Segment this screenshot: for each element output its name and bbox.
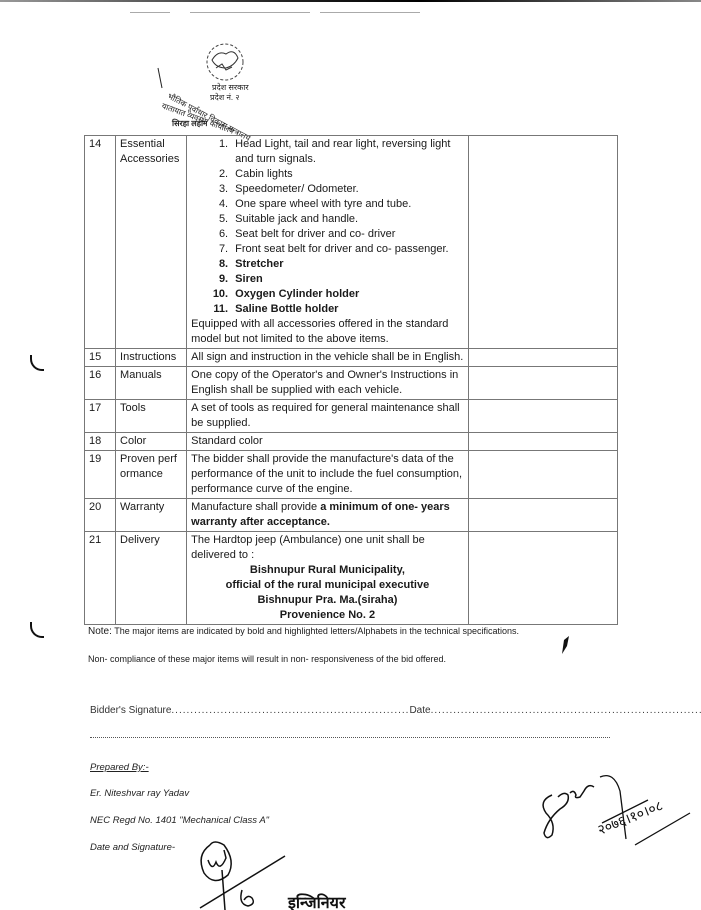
compliance-cell xyxy=(468,451,617,499)
accessory-item: Head Light, tail and rear light, reversi… xyxy=(231,137,464,167)
delivery-address-line: official of the rural municipal executiv… xyxy=(191,578,464,593)
delivery-address-line: Bishnupur Pra. Ma.(siraha) xyxy=(191,593,464,608)
note-line: Note: The major items are indicated by b… xyxy=(88,626,519,637)
table-row: 14 Essential Accessories Head Light, tai… xyxy=(85,136,618,349)
note-label: Note: xyxy=(88,626,112,637)
scan-artifact xyxy=(320,12,420,13)
bidder-signature-line: Bidder's Signature......................… xyxy=(90,705,701,716)
table-row: 16 Manuals One copy of the Operator's an… xyxy=(85,367,618,400)
compliance-cell xyxy=(468,499,617,532)
compliance-cell xyxy=(468,136,617,349)
row-number: 15 xyxy=(85,349,116,367)
table-row: 18 Color Standard color xyxy=(85,433,618,451)
specification-cell: A set of tools as required for general m… xyxy=(187,400,469,433)
handwritten-signature: इन्जिनियर xyxy=(180,830,380,910)
item-name: Warranty xyxy=(116,499,187,532)
accessory-item: Saline Bottle holder xyxy=(231,302,464,317)
delivery-text: The Hardtop jeep (Ambulance) one unit sh… xyxy=(191,533,464,563)
noncompliance-note: Non- compliance of these major items wil… xyxy=(88,654,446,664)
note-text: The major items are indicated by bold an… xyxy=(112,626,519,636)
accessory-item: Front seat belt for driver and co- passe… xyxy=(231,242,464,257)
table-row: 21 Delivery The Hardtop jeep (Ambulance)… xyxy=(85,532,618,625)
specification-cell: Head Light, tail and rear light, reversi… xyxy=(187,136,469,349)
row-number: 20 xyxy=(85,499,116,532)
compliance-cell xyxy=(468,433,617,451)
preparer-registration: NEC Regd No. 1401 "Mechanical Class A" xyxy=(90,815,269,826)
item-name: Proven performance xyxy=(116,451,187,499)
row-number: 16 xyxy=(85,367,116,400)
bidder-signature-label: Bidder's Signature xyxy=(90,705,171,716)
row-number: 18 xyxy=(85,433,116,451)
table-row: 19 Proven performance The bidder shall p… xyxy=(85,451,618,499)
handwritten-signature-right: २०७६।१०।०८ xyxy=(530,765,695,850)
compliance-cell xyxy=(468,400,617,433)
accessory-item: One spare wheel with tyre and tube. xyxy=(231,197,464,212)
date-and-signature-label: Date and Signature- xyxy=(90,842,175,853)
accessory-item: Cabin lights xyxy=(231,167,464,182)
table-row: 15 Instructions All sign and instruction… xyxy=(85,349,618,367)
accessory-item: Oxygen Cylinder holder xyxy=(231,287,464,302)
compliance-cell xyxy=(468,532,617,625)
accessory-item: Suitable jack and handle. xyxy=(231,212,464,227)
compliance-cell xyxy=(468,349,617,367)
specification-cell: The Hardtop jeep (Ambulance) one unit sh… xyxy=(187,532,469,625)
seal-line: सिरहा लहान xyxy=(172,118,207,129)
scan-top-edge xyxy=(0,0,701,2)
handwritten-date: २०७६।१०।०८ xyxy=(596,798,666,839)
blank-dotted-line xyxy=(90,737,610,738)
compliance-cell xyxy=(468,367,617,400)
ink-mark xyxy=(558,634,572,656)
accessory-item: Seat belt for driver and co- driver xyxy=(231,227,464,242)
item-name: Instructions xyxy=(116,349,187,367)
row-number: 21 xyxy=(85,532,116,625)
stamp-text: इन्जिनियर xyxy=(287,893,347,910)
accessory-item: Speedometer/ Odometer. xyxy=(231,182,464,197)
prepared-by-label: Prepared By:- xyxy=(90,762,149,773)
specification-cell: All sign and instruction in the vehicle … xyxy=(187,349,469,367)
table-row: 20 Warranty Manufacture shall provide a … xyxy=(85,499,618,532)
row-number: 14 xyxy=(85,136,116,349)
delivery-address-line: Provenience No. 2 xyxy=(191,608,464,623)
specification-cell: One copy of the Operator's and Owner's I… xyxy=(187,367,469,400)
accessory-item: Siren xyxy=(231,272,464,287)
table-row: 17 Tools A set of tools as required for … xyxy=(85,400,618,433)
specification-cell: Standard color xyxy=(187,433,469,451)
scan-artifact xyxy=(130,12,170,13)
row-number: 17 xyxy=(85,400,116,433)
specification-table: 14 Essential Accessories Head Light, tai… xyxy=(84,135,618,625)
accessory-item: Stretcher xyxy=(231,257,464,272)
date-label: Date xyxy=(409,705,430,716)
item-name: Tools xyxy=(116,400,187,433)
specification-cell: Manufacture shall provide a minimum of o… xyxy=(187,499,469,532)
punch-hole-mark xyxy=(30,355,44,371)
punch-hole-mark xyxy=(30,622,44,638)
specification-cell: The bidder shall provide the manufacture… xyxy=(187,451,469,499)
accessories-list: Head Light, tail and rear light, reversi… xyxy=(191,137,464,317)
row-number: 19 xyxy=(85,451,116,499)
item-name: Delivery xyxy=(116,532,187,625)
warranty-text: Manufacture shall provide xyxy=(191,501,320,513)
office-seal: प्रदेश सरकार प्रदेश नं. २ भौतिक पूर्वाधा… xyxy=(150,40,310,135)
item-name: Color xyxy=(116,433,187,451)
delivery-address-line: Bishnupur Rural Municipality, xyxy=(191,563,464,578)
preparer-name: Er. Niteshvar ray Yadav xyxy=(90,788,189,799)
seal-line: प्रदेश नं. २ xyxy=(210,92,240,103)
item-name: Manuals xyxy=(116,367,187,400)
scan-artifact xyxy=(190,12,310,13)
item-name: Essential Accessories xyxy=(116,136,187,349)
accessories-footer: Equipped with all accessories offered in… xyxy=(191,317,464,347)
